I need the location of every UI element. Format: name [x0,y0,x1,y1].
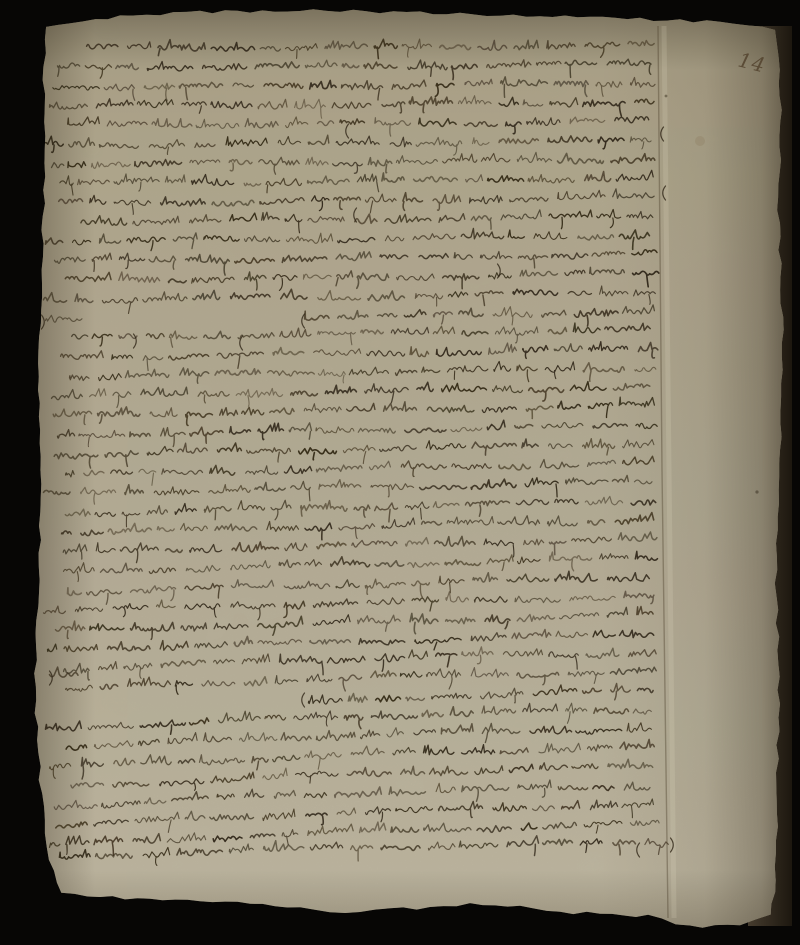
paper-surface: 14 [0,0,800,945]
right-edge-shadow [600,0,790,945]
manuscript-scan: 14 [0,0,800,945]
scanned-page-photo: 14 [0,0,800,945]
